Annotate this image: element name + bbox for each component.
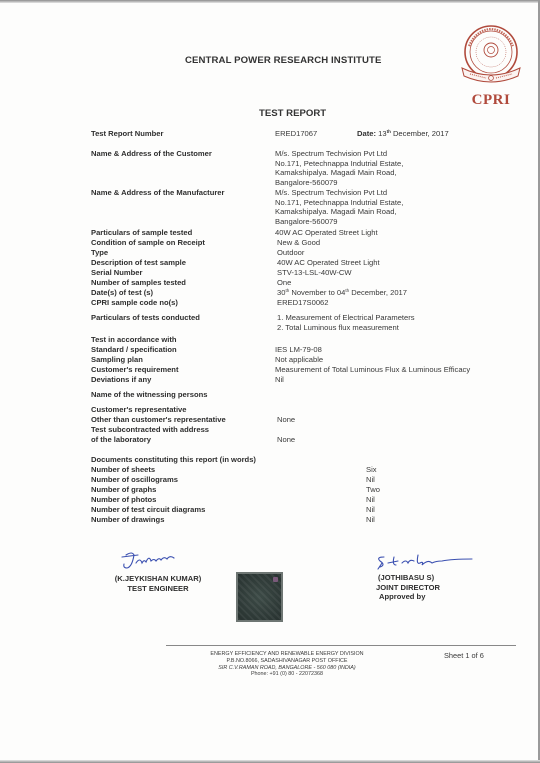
field-value: IES LM-79-08 [275, 345, 322, 355]
field-value: Measurement of Total Luminous Flux & Lum… [275, 365, 470, 375]
report-title: TEST REPORT [259, 108, 326, 119]
field-value: None [277, 415, 295, 425]
manufacturer-label: Name & Address of the Manufacturer [91, 188, 224, 197]
sheet-number: Sheet 1 of 6 [444, 651, 484, 660]
field-label: Test subcontracted with address [91, 425, 209, 435]
division-name: ENERGY EFFICIENCY AND RENEWABLE ENERGY D… [182, 651, 392, 658]
sample-count-row: Number of samples tested One [91, 278, 186, 288]
engineer-name: (K.JEYKISHAN KUMAR) [98, 574, 218, 584]
field-label: Name of the witnessing persons [91, 390, 207, 399]
customer-address: M/s. Spectrum Techvision Pvt Ltd No.171,… [275, 149, 403, 187]
date-suffix: th [387, 129, 391, 134]
field-value: Not applicable [275, 355, 323, 365]
deviations-row: Deviations if any Nil [91, 375, 151, 385]
signature-icon [372, 551, 482, 573]
field-label: of the laboratory [91, 435, 209, 445]
document-item: Number of photos Nil [91, 495, 156, 505]
field-label: Sampling plan [91, 355, 143, 364]
field-value: ERED17S0062 [277, 298, 329, 308]
field-value: 40W AC Operated Street Light [277, 258, 380, 268]
approved-by-label: Approved by [379, 592, 488, 602]
sampling-plan-row: Sampling plan Not applicable [91, 355, 143, 365]
standard-row: Test in accordance with Standard / speci… [91, 335, 177, 354]
field-label: Standard / specification [91, 345, 177, 355]
sample-code-row: CPRI sample code no(s) ERED17S0062 [91, 298, 178, 308]
document-item: Number of oscillograms Nil [91, 475, 178, 485]
customer-label: Name & Address of the Customer [91, 149, 212, 158]
field-label: Date(s) of test (s) [91, 288, 153, 297]
address-line: M/s. Spectrum Techvision Pvt Ltd [275, 149, 403, 159]
sample-description-row: Description of test sample 40W AC Operat… [91, 258, 186, 268]
field-label: Particulars of sample tested [91, 228, 192, 237]
phone-number: Phone: +91 (0) 80 - 22072368 [182, 671, 392, 678]
documents-heading: Documents constituting this report (in w… [91, 455, 256, 464]
post-office: P.B.NO.8066, SADASHIVANAGAR POST OFFICE [182, 658, 392, 665]
field-value: 40W AC Operated Street Light [275, 228, 378, 238]
tests-list: 1. Measurement of Electrical Parameters … [277, 313, 415, 332]
field-value: Outdoor [277, 248, 304, 258]
field-value: Nil [275, 375, 284, 385]
test-dates-value: 30th November to 04th December, 2017 [277, 288, 407, 298]
manufacturer-row: Name & Address of the Manufacturer M/s. … [91, 188, 224, 198]
other-rep-row: Other than customer's representative Non… [91, 415, 226, 425]
subcontract-row: Test subcontracted with address of the l… [91, 425, 209, 444]
engineer-title: TEST ENGINEER [98, 584, 218, 594]
sample-type-row: Type Outdoor [91, 248, 108, 258]
field-label: Number of samples tested [91, 278, 186, 287]
institute-name: CENTRAL POWER RESEARCH INSTITUTE [185, 55, 382, 66]
page-edge [0, 0, 540, 3]
test-item: 2. Total Luminous flux measurement [277, 323, 415, 333]
documents-heading-row: Documents constituting this report (in w… [91, 455, 256, 465]
address-line: Bangalore-560079 [275, 178, 403, 188]
sample-particulars-row: Particulars of sample tested 40W AC Oper… [91, 228, 192, 238]
field-label: Test in accordance with [91, 335, 177, 345]
address-line: Kamakshipalya. Magadi Main Road, [275, 168, 403, 178]
serial-number-row: Serial Number STV-13-LSL-40W-CW [91, 268, 143, 278]
report-date: Date: 13th December, 2017 [357, 129, 449, 138]
address-line: M/s. Spectrum Techvision Pvt Ltd [275, 188, 403, 198]
footer-divider [166, 645, 516, 646]
date-label: Date: [357, 129, 376, 138]
document-item: Number of graphs Two [91, 485, 156, 495]
date-day: 13 [378, 129, 386, 138]
field-label: Particulars of tests conducted [91, 313, 200, 322]
field-label: Condition of sample on Receipt [91, 238, 205, 247]
witness-heading-row: Name of the witnessing persons [91, 390, 207, 400]
footer-address: ENERGY EFFICIENCY AND RENEWABLE ENERGY D… [182, 651, 392, 678]
field-label: Customer's representative [91, 405, 187, 414]
date-rest: December, 2017 [393, 129, 449, 138]
test-dates-row: Date(s) of test (s) 30th November to 04t… [91, 288, 153, 298]
cpri-logo-text: CPRI [456, 92, 526, 109]
document-item: Number of sheets Six [91, 465, 155, 475]
field-value: None [277, 435, 295, 445]
cpri-emblem-icon [456, 22, 526, 88]
street-address: SIR C.V.RAMAN ROAD, BANGALORE - 560 080 … [182, 665, 392, 672]
address-line: No.171, Petechnappa Indutrial Estate, [275, 159, 403, 169]
test-item: 1. Measurement of Electrical Parameters [277, 313, 415, 323]
customer-row: Name & Address of the Customer M/s. Spec… [91, 149, 212, 159]
signature-icon [118, 549, 188, 573]
field-label: Other than customer's representative [91, 415, 226, 424]
field-label: CPRI sample code no(s) [91, 298, 178, 307]
field-label: Deviations if any [91, 375, 151, 384]
address-line: Kamakshipalya. Magadi Main Road, [275, 207, 403, 217]
field-label: Serial Number [91, 268, 143, 277]
report-number-value: ERED17067 [275, 129, 317, 139]
hologram-seal-icon [236, 572, 283, 622]
report-number-row: Test Report Number ERED17067 [91, 129, 163, 139]
joint-director-signature-block: (JOTHIBASU S) JOINT DIRECTOR Approved by [378, 551, 488, 602]
field-value: STV-13-LSL-40W-CW [277, 268, 352, 278]
address-line: Bangalore-560079 [275, 217, 403, 227]
report-number-label: Test Report Number [91, 129, 163, 138]
document-item: Number of drawings Nil [91, 515, 164, 525]
director-title: JOINT DIRECTOR [376, 583, 488, 593]
manufacturer-address: M/s. Spectrum Techvision Pvt Ltd No.171,… [275, 188, 403, 226]
field-label: Type [91, 248, 108, 257]
sample-condition-row: Condition of sample on Receipt New & Goo… [91, 238, 205, 248]
address-line: No.171, Petechnappa Indutrial Estate, [275, 198, 403, 208]
cpri-logo: CPRI [456, 22, 526, 114]
tests-conducted-row: Particulars of tests conducted 1. Measur… [91, 313, 200, 323]
field-label: Description of test sample [91, 258, 186, 267]
customer-requirement-row: Customer's requirement Measurement of To… [91, 365, 178, 375]
document-item: Number of test circuit diagrams Nil [91, 505, 205, 515]
field-label: Customer's requirement [91, 365, 178, 374]
field-value: New & Good [277, 238, 320, 248]
test-engineer-signature-block: (K.JEYKISHAN KUMAR) TEST ENGINEER [98, 549, 218, 593]
customer-rep-row: Customer's representative [91, 405, 187, 415]
field-value: One [277, 278, 291, 288]
director-name: (JOTHIBASU S) [378, 573, 488, 583]
